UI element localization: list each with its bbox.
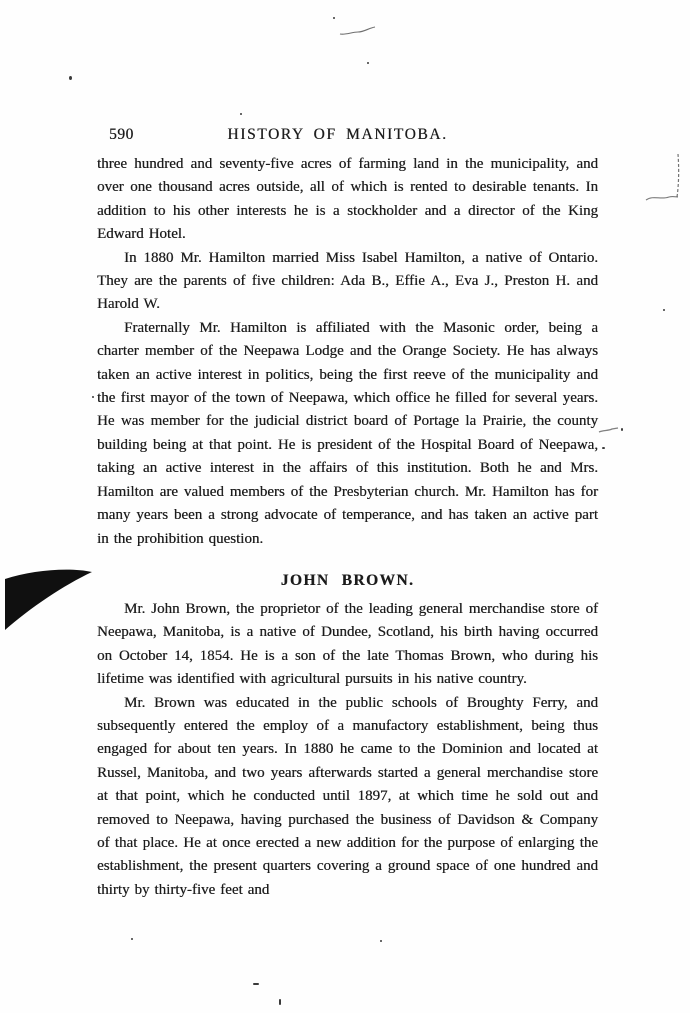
scan-speck [367,62,369,64]
paragraph-hamilton-fraternal: Fraternally Mr. Hamilton is affiliated w… [97,317,598,551]
scan-speck [92,396,94,398]
scan-speck [279,999,281,1005]
paragraph-brown-career: Mr. Brown was educated in the public sch… [97,692,598,903]
pen-squiggle-top-artifact [338,24,378,38]
page-header: 590 HISTORY OF MANITOBA. [97,126,598,143]
pen-mark-right-margin-artifact [644,153,684,205]
scan-speck [240,113,242,115]
scan-speck [380,940,382,942]
scan-speck [333,17,335,19]
section-heading-john-brown: JOHN BROWN. [97,572,598,590]
ink-blot-artifact [2,562,97,634]
scan-speck [131,938,133,940]
paragraph-hamilton-family: In 1880 Mr. Hamilton married Miss Isabel… [97,247,598,317]
scan-speck [602,447,605,449]
scan-speck [69,76,72,80]
paragraph-brown-origin: Mr. John Brown, the proprietor of the le… [97,598,598,692]
dash-mark-artifact [598,424,628,436]
paragraph-hamilton-continuation: three hundred and seventy-five acres of … [97,153,598,247]
page-text-column: 590 HISTORY OF MANITOBA. three hundred a… [97,126,598,902]
scan-speck [621,428,623,431]
running-title: HISTORY OF MANITOBA. [97,126,578,144]
scan-speck [663,309,665,311]
scan-speck [253,983,259,985]
scanned-book-page: 590 HISTORY OF MANITOBA. three hundred a… [0,0,690,1013]
